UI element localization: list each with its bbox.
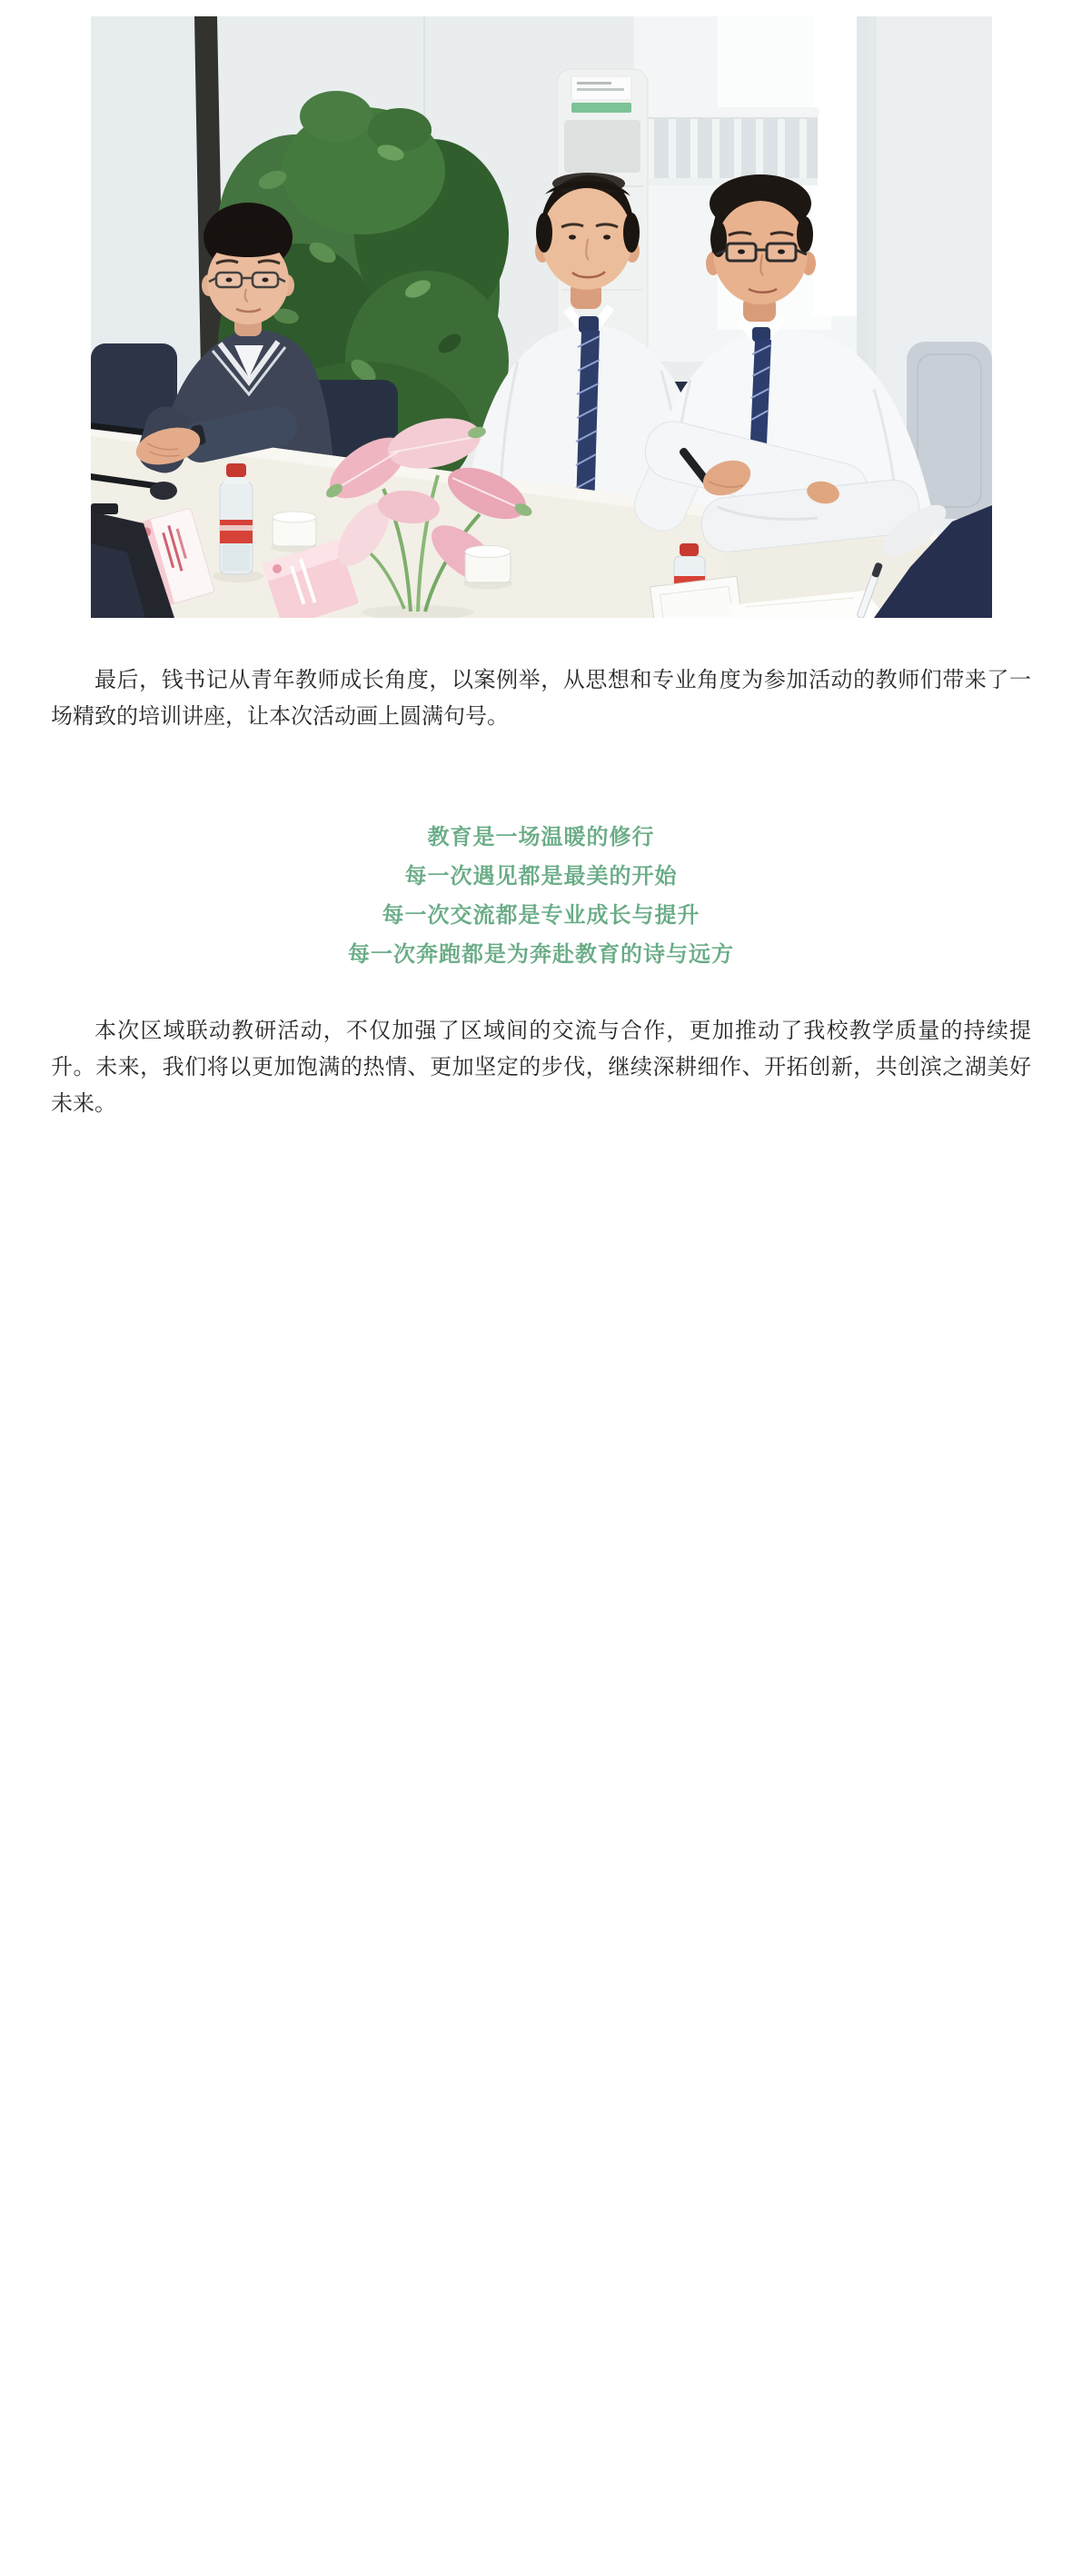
poem-line-4: 每一次奔跑都是为奔赴教育的诗与远方 — [0, 936, 1082, 975]
meeting-photo-illustration — [91, 16, 992, 618]
paragraph-final-lecture: 最后，钱书记从青年教师成长角度，以案例举，从思想和专业角度为参加活动的教师们带来… — [51, 662, 1031, 735]
teacup-middle — [463, 546, 512, 590]
poem-line-1: 教育是一场温暖的修行 — [0, 819, 1082, 858]
paragraph-closing-summary: 本次区域联动教研活动，不仅加强了区域间的交流与合作，更加推动了我校教学质量的持续… — [51, 1013, 1031, 1122]
poem-line-2: 每一次遇见都是最美的开始 — [0, 858, 1082, 897]
poem-line-3: 每一次交流都是专业成长与提升 — [0, 897, 1082, 936]
poem-block: 教育是一场温暖的修行 每一次遇见都是最美的开始 每一次交流都是专业成长与提升 每… — [0, 819, 1082, 975]
meeting-photo — [91, 16, 992, 618]
teacup-left — [271, 512, 318, 552]
article-page: 最后，钱书记从青年教师成长角度，以案例举，从思想和专业角度为参加活动的教师们带来… — [0, 0, 1082, 2576]
